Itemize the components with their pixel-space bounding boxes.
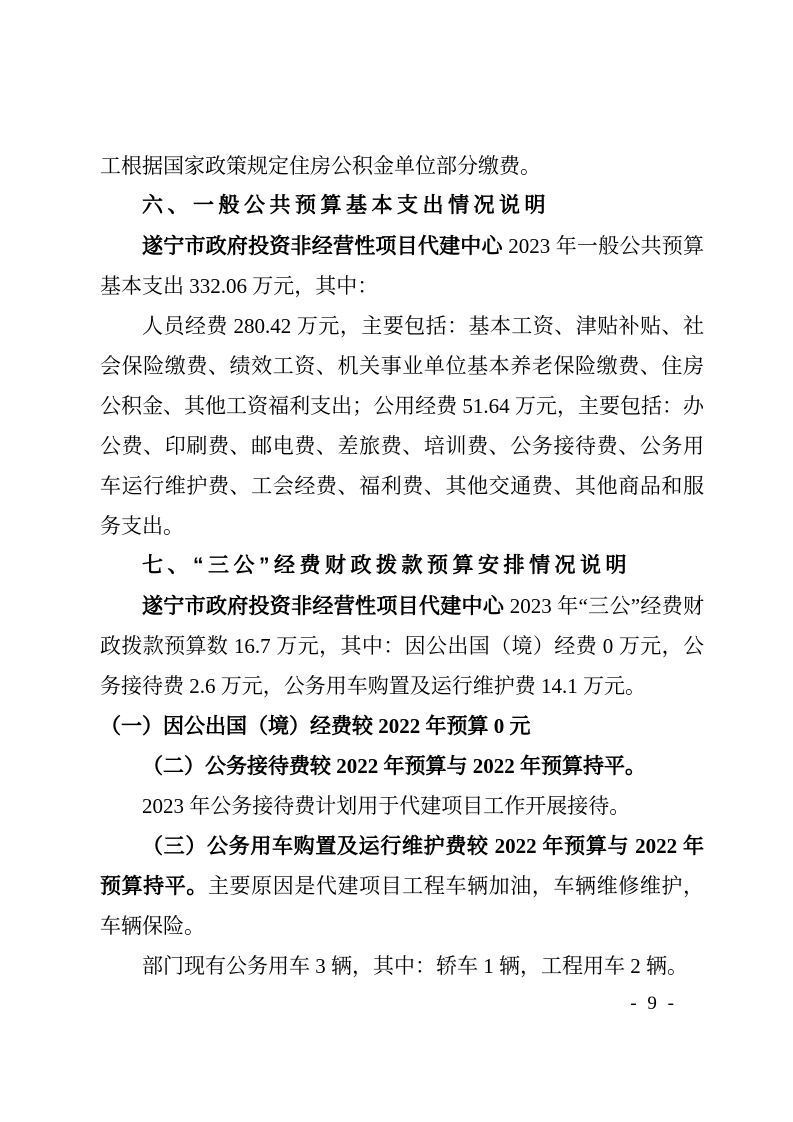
paragraph-three-public-intro: 遂宁市政府投资非经营性项目代建中心 2023 年“三公”经费财政拨款预算数 16… (100, 586, 704, 706)
item-2-heading-reception-expense: （二）公务接待费较 2022 年预算与 2022 年预算持平。 (100, 746, 704, 786)
paragraph-housing-fund-continuation: 工根据国家政策规定住房公积金单位部分缴费。 (100, 146, 704, 186)
paragraph-fleet-count: 部门现有公务用车 3 辆，其中：轿车 1 辆，工程用车 2 辆。 (100, 946, 704, 986)
document-page: 工根据国家政策规定住房公积金单位部分缴费。 六、一般公共预算基本支出情况说明 遂… (0, 0, 793, 1122)
org-name-bold: 遂宁市政府投资非经营性项目代建中心 (142, 234, 503, 258)
paragraph-basic-expenditure-intro: 遂宁市政府投资非经营性项目代建中心 2023 年一般公共预算基本支出 332.0… (100, 226, 704, 306)
paragraph-reception-plan: 2023 年公务接待费计划用于代建项目工作开展接待。 (100, 786, 704, 826)
section-6-heading: 六、一般公共预算基本支出情况说明 (100, 186, 704, 226)
document-body: 工根据国家政策规定住房公积金单位部分缴费。 六、一般公共预算基本支出情况说明 遂… (100, 146, 704, 986)
paragraph-expenditure-detail: 人员经费 280.42 万元，主要包括：基本工资、津贴补贴、社会保险缴费、绩效工… (100, 306, 704, 546)
item-1-heading-abroad-expense: （一）因公出国（境）经费较 2022 年预算 0 元 (100, 706, 704, 746)
page-number: - 9 - (630, 993, 677, 1015)
section-7-heading: 七、“三公”经费财政拨款预算安排情况说明 (100, 546, 704, 586)
paragraph-vehicle-expense: （三）公务用车购置及运行维护费较 2022 年预算与 2022 年预算持平。主要… (100, 826, 704, 946)
org-name-bold-2: 遂宁市政府投资非经营性项目代建中心 (142, 594, 504, 618)
